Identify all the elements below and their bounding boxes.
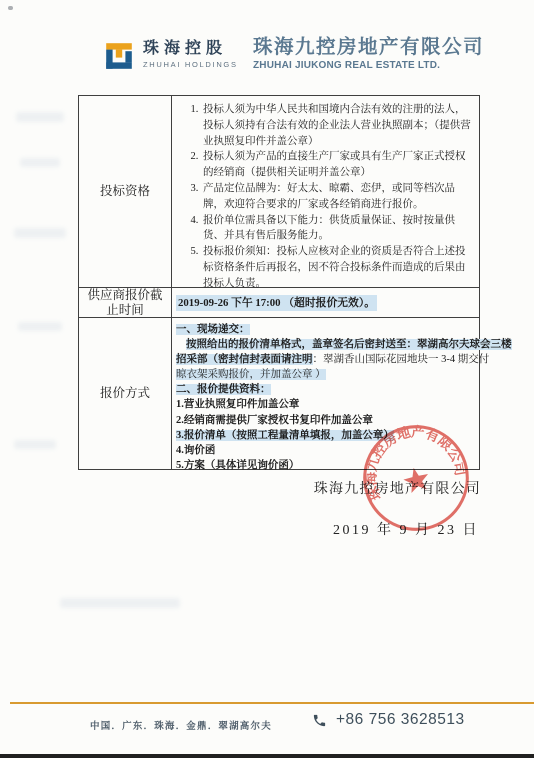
ink-bleed-mark [18,322,62,331]
seal-star-icon [401,465,431,494]
method-material-item-5: 5.方案（具体详见询价函） [176,460,299,471]
qualification-content: 投标人须为中华人民共和国境内合法有效的注册的法人，投标人须持有合法有效的企业法人… [172,96,479,287]
table-row-qualification: 投标资格 投标人须为中华人民共和国境内合法有效的注册的法人，投标人须持有合法有效… [79,96,479,288]
ink-bleed-mark [16,112,64,122]
qualification-item: 产品定位品牌为：好太太、晾霸、恋伊，或同等档次品牌，欢迎符合要求的厂家或各经销商… [201,181,473,213]
company-title-block: 珠海九控房地产有限公司 ZHUHAI JIUKONG REAL ESTATE L… [253,36,484,71]
company-name-english: ZHUHAI JIUKONG REAL ESTATE LTD. [253,60,484,71]
method-line-materials-heading: 二、报价提供资料： [176,384,271,395]
method-line-delivery-2a: 招采部（密封信封表面请注明 [176,354,313,365]
footer-phone-number: +86 756 3628513 [336,711,465,729]
footer-divider-line [10,702,534,704]
method-line-delivery-1: 按照给出的报价清单格式，盖章签名后密封送至：翠湖高尔夫球会三楼 [186,339,512,350]
phone-icon [312,713,327,728]
footer-location-text: 中国．广东．珠海．金鼎．翠湖高尔夫 [90,718,272,732]
method-label: 报价方式 [79,318,172,469]
holdings-emblem-icon [103,39,135,73]
qualification-item: 投标人须为中华人民共和国境内合法有效的注册的法人，投标人须持有合法有效的企业法人… [201,102,473,149]
qualification-item: 报价单位需具备以下能力：供货质量保证、按时按量供货、并具有售后服务能力。 [201,213,473,245]
qualification-label: 投标资格 [79,96,172,287]
qualification-item: 投标报价须知：投标人应核对企业的资质是否符合上述投标资格条件后再报名，因不符合投… [201,244,473,291]
tender-info-table: 投标资格 投标人须为中华人民共和国境内合法有效的注册的法人，投标人须持有合法有效… [78,95,480,470]
qualification-item: 投标人须为产品的直接生产厂家或具有生产厂家正式授权的经销商（提供相关证明并盖公章… [201,149,473,181]
deadline-value: 2019-09-26 下午 17:00 （超时报价无效）。 [176,295,377,311]
ink-bleed-mark [14,228,66,238]
method-line-onsite-heading: 一、现场递交： [176,324,250,335]
scan-speck [8,6,13,10]
method-line-delivery-3: 晾衣架采购报价，并加盖公章 ） [176,369,326,380]
deadline-content: 2019-09-26 下午 17:00 （超时报价无效）。 [172,288,479,317]
method-material-item-4: 4.询价函 [176,445,215,456]
scanned-tender-document: 珠海控股 ZHUHAI HOLDINGS 珠海九控房地产有限公司 ZHUHAI … [0,0,534,758]
table-row-deadline: 供应商报价截止时间 2019-09-26 下午 17:00 （超时报价无效）。 [79,288,479,318]
ink-bleed-mark [14,440,56,449]
method-line-delivery-2b: ：翠湖香山国际花园地块一 3-4 期交付 [313,354,490,365]
qualification-list: 投标人须为中华人民共和国境内合法有效的注册的法人，投标人须持有合法有效的企业法人… [176,102,473,292]
deadline-label: 供应商报价截止时间 [79,288,172,317]
ink-bleed-mark [60,598,180,608]
brand-name-english: ZHUHAI HOLDINGS [143,60,238,69]
ink-bleed-mark [20,158,60,167]
footer-phone-block: +86 756 3628513 [312,711,465,729]
zhuhai-holdings-logo: 珠海控股 ZHUHAI HOLDINGS [103,39,238,73]
brand-name-chinese: 珠海控股 [143,39,238,58]
company-name-chinese: 珠海九控房地产有限公司 [253,36,484,58]
method-material-item-2: 2.经销商需提供厂家授权书复印件加盖公章 [176,415,373,426]
method-material-item-1: 1.营业执照复印件加盖公章 [176,399,299,410]
scan-bottom-edge [0,754,534,758]
